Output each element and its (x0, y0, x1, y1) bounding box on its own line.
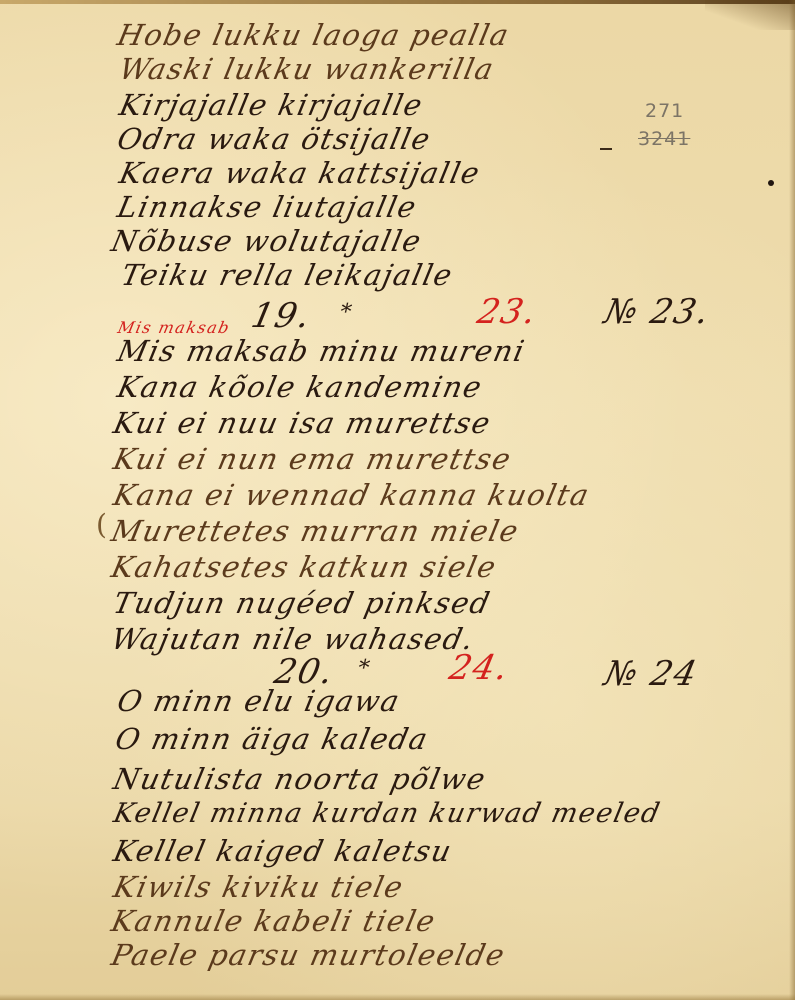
verse-line: Odra waka ötsijalle (114, 122, 434, 156)
verse-line: Mis maksab minu mureni (114, 334, 528, 368)
margin-dash (600, 148, 612, 150)
verse-line: Kaera waka kattsijalle (116, 156, 483, 190)
star-mark: * (355, 656, 373, 681)
verse-line: Kellel minna kurdan kurwad meeled (111, 798, 664, 829)
verse-line: Kana ei wennad kanna kuolta (110, 478, 593, 512)
song-number: 19. (248, 296, 315, 336)
verse-line: Nutulista noorta põlwe (110, 762, 489, 796)
archive-number-current: 271 (645, 100, 684, 122)
verse-line: O minn elu igawa (114, 684, 403, 718)
verse-line: Tudjun nugéed pinksed (110, 586, 494, 620)
star-mark: * (337, 300, 355, 325)
page-corner-fold (705, 0, 795, 30)
margin-parenthesis: ( (96, 508, 107, 541)
manuscript-page: 271 3241 Hobe lukku laoga pealla Waski l… (0, 0, 795, 1000)
verse-line: Kannule kabeli tiele (108, 904, 439, 938)
verse-line: Hobe lukku laoga pealla (114, 18, 512, 52)
verse-line: Kellel kaiged kaletsu (110, 834, 455, 868)
verse-line: Waski lukku wankerilla (116, 52, 497, 86)
page-bottom-edge (0, 994, 795, 1000)
verse-line: Murettetes murran miele (108, 514, 522, 548)
catalog-number: № 23. (601, 292, 714, 332)
red-song-number: 23. (474, 292, 541, 332)
ink-dot (768, 180, 774, 186)
verse-line: O minn äiga kaleda (112, 722, 431, 756)
verse-line: Kui ei nun ema murettse (110, 442, 515, 476)
verse-line: Kirjajalle kirjajalle (116, 88, 426, 122)
catalog-number: № 24 (601, 654, 702, 694)
page-top-edge (0, 0, 795, 4)
verse-line: Teiku rella leikajalle (118, 258, 456, 292)
verse-line: Wajutan nile wahased. (108, 622, 477, 656)
red-song-number: 24. (446, 648, 513, 688)
verse-line: Paele parsu murtoleelde (108, 938, 508, 972)
verse-line: Kana kõole kandemine (114, 370, 485, 404)
verse-line: Kahatsetes katkun siele (108, 550, 500, 584)
verse-line: Nõbuse wolutajalle (108, 224, 425, 258)
verse-line: Kiwils kiviku tiele (110, 870, 407, 904)
page-right-edge (789, 0, 795, 1000)
archive-number-struck: 3241 (638, 128, 690, 150)
verse-line: Kui ei nuu isa murettse (110, 406, 494, 440)
verse-line: Linnakse liutajalle (114, 190, 420, 224)
